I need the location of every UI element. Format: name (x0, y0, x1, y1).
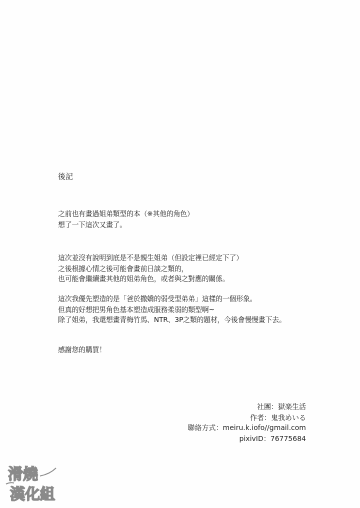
paragraph-line: 想了一下這次又畫了。 (58, 220, 194, 231)
credit-contact: 聯絡方式：meiru.k.iofo//gmail.com (188, 423, 306, 434)
logo-line-2: 漢化組 (10, 485, 55, 503)
afterword-title: 後記 (58, 172, 73, 182)
paragraph-line: 這次並沒有說明到底是不是親生姐弟（但設定裡已經定下了） (58, 253, 243, 264)
paragraph-line: 但真的好想把男角色基本塑造成服務柔弱的類型啊~ (58, 305, 286, 316)
paragraph-thanks: 感謝您的購買！ (58, 345, 106, 356)
paragraph-line: 這次我優先塑造的是「爸於撒嬌的弱受型弟弟」這樣的一個形象。 (58, 294, 286, 305)
credit-pixiv: pixivID：76775684 (188, 434, 306, 445)
paragraph-sibling-setting: 這次並沒有說明到底是不是親生姐弟（但設定裡已經定下了） 之後根據心情之後可能會畫… (58, 253, 243, 285)
paragraph-character-image: 這次我優先塑造的是「爸於撒嬌的弱受型弟弟」這樣的一個形象。 但真的好想把男角色基… (58, 294, 286, 326)
paragraph-line: 也可能會繼續畫其他的姐弟角色，或者與之對應的關係。 (58, 274, 243, 285)
paragraph-line: 之後根據心情之後可能會畫前日談之類的， (58, 264, 243, 275)
credit-author: 作者：鬼我めいる (188, 413, 306, 424)
paragraph-previous-work: 之前也有畫過姐弟類型的本（※其他的角色） 想了一下這次又畫了。 (58, 209, 194, 230)
document-page: 後記 之前也有畫過姐弟類型的本（※其他的角色） 想了一下這次又畫了。 這次並沒有… (0, 0, 360, 508)
translation-group-logo: 滑燒 漢化組 (4, 462, 62, 504)
logo-line-1: 滑燒 (8, 465, 38, 483)
credit-circle: 社團：獄楽生活 (188, 402, 306, 413)
paragraph-line: 之前也有畫過姐弟類型的本（※其他的角色） (58, 209, 194, 220)
credits-block: 社團：獄楽生活 作者：鬼我めいる 聯絡方式：meiru.k.iofo//gmai… (188, 402, 306, 444)
logo-flourish-icon (40, 468, 56, 476)
paragraph-line: 除了姐弟，我還想畫青梅竹馬、NTR、3P之類的題材，今後會慢慢畫下去。 (58, 315, 286, 326)
thanks-line: 感謝您的購買！ (58, 345, 106, 356)
